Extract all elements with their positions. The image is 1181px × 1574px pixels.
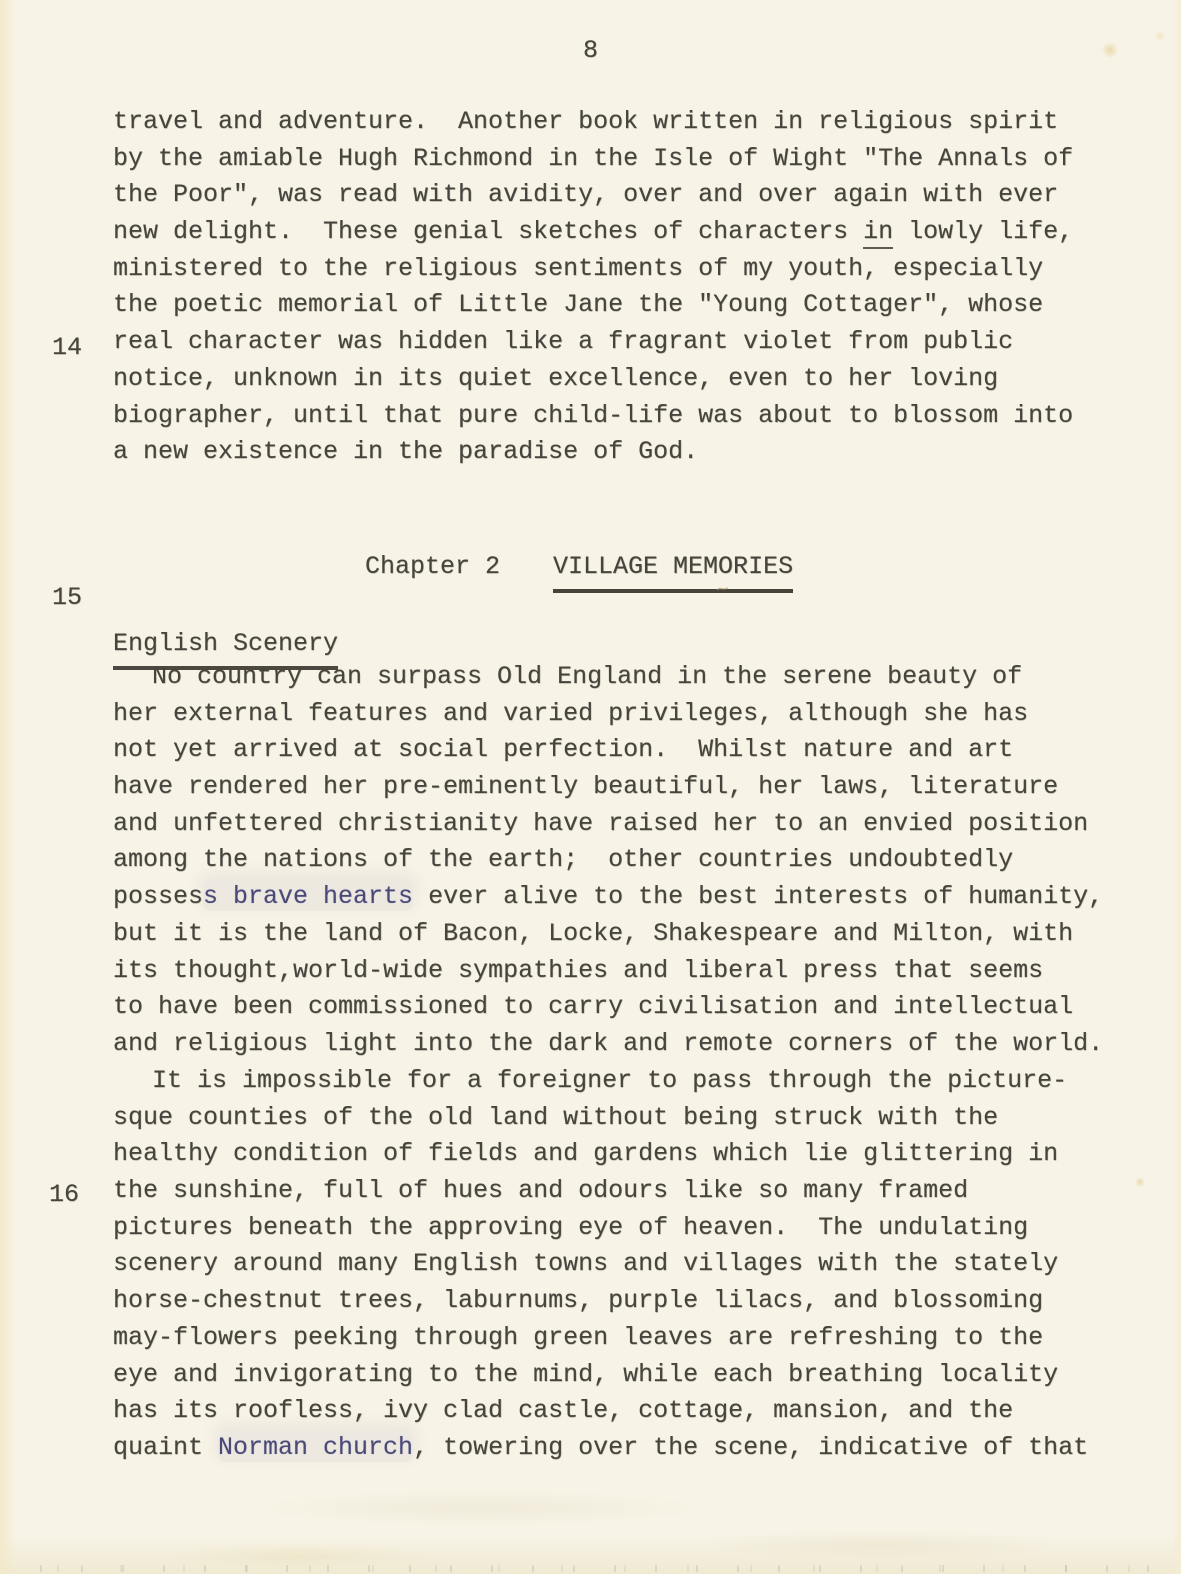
page-number: 8 <box>0 33 1181 70</box>
paragraph-line: It is impossible for a foreigner to pass… <box>113 1063 1088 1100</box>
chapter-label: Chapter 2 <box>365 552 500 581</box>
paragraph-line: horse-chestnut trees, laburnums, purple … <box>113 1283 1088 1320</box>
paragraph-line: the poetic memorial of Little Jane the "… <box>113 287 1073 324</box>
paragraph-line: may-flowers peeking through green leaves… <box>113 1320 1088 1357</box>
line-text: new delight. These genial sketches of ch… <box>113 217 863 246</box>
underlined-word: in <box>863 217 893 249</box>
corrected-text: Norman church <box>218 1433 413 1462</box>
chapter-heading: Chapter 2VILLAGE MEMORIES <box>365 549 793 586</box>
paragraph-line: real character was hidden like a fragran… <box>113 324 1073 361</box>
paragraph-line: not yet arrived at social perfection. Wh… <box>113 732 1103 769</box>
paragraph-line: travel and adventure. Another book writt… <box>113 104 1073 141</box>
paragraph-line: and religious light into the dark and re… <box>113 1026 1103 1063</box>
paragraph-line: pictures beneath the approving eye of he… <box>113 1210 1088 1247</box>
paragraph-line: healthy condition of fields and gardens … <box>113 1136 1088 1173</box>
paragraph-2: No country can surpass Old England in th… <box>113 659 1103 1063</box>
paragraph-line: possess brave hearts ever alive to the b… <box>113 879 1103 916</box>
paragraph-line: the Poor", was read with avidity, over a… <box>113 177 1073 214</box>
paragraph-line: a new existence in the paradise of God. <box>113 434 1073 471</box>
typewritten-manuscript-page: 8 14 15 16 travel and adventure. Another… <box>0 0 1181 1574</box>
line-text: posses <box>113 882 203 911</box>
line-text: ever alive to the best interests of huma… <box>413 882 1103 911</box>
paragraph-1: travel and adventure. Another book writt… <box>113 104 1073 471</box>
paragraph-line: but it is the land of Bacon, Locke, Shak… <box>113 916 1103 953</box>
paragraph-line: by the amiable Hugh Richmond in the Isle… <box>113 141 1073 178</box>
paragraph-line: scenery around many English towns and vi… <box>113 1246 1088 1283</box>
paragraph-line: notice, unknown in its quiet excellence,… <box>113 361 1073 398</box>
section-heading: English Scenery <box>113 626 338 663</box>
scan-noise-band <box>40 1565 1161 1572</box>
chapter-title: VILLAGE MEMORIES <box>553 549 793 593</box>
paragraph-line: among the nations of the earth; other co… <box>113 842 1103 879</box>
paragraph-line: has its roofless, ivy clad castle, cotta… <box>113 1393 1088 1430</box>
margin-note-14: 14 <box>52 330 82 367</box>
corrected-text: s brave hearts <box>203 882 413 911</box>
paragraph-line: and unfettered christianity have raised … <box>113 806 1103 843</box>
line-text: , towering over the scene, indicative of… <box>413 1433 1088 1462</box>
margin-note-15: 15 <box>52 580 82 617</box>
paragraph-line: biographer, until that pure child-life w… <box>113 398 1073 435</box>
paragraph-line: its thought,world-wide sympathies and li… <box>113 953 1103 990</box>
paragraph-line: quaint Norman church, towering over the … <box>113 1430 1088 1467</box>
line-text: quaint <box>113 1433 218 1462</box>
paragraph-line: to have been commissioned to carry civil… <box>113 989 1103 1026</box>
paragraph-line: have rendered her pre-eminently beautifu… <box>113 769 1103 806</box>
paragraph-line: her external features and varied privile… <box>113 696 1103 733</box>
paragraph-line: new delight. These genial sketches of ch… <box>113 214 1073 251</box>
line-text: lowly life, <box>893 217 1073 246</box>
paragraph-line: the sunshine, full of hues and odours li… <box>113 1173 1088 1210</box>
margin-note-16: 16 <box>49 1177 79 1214</box>
paragraph-line: No country can surpass Old England in th… <box>113 659 1103 696</box>
paragraph-line: sque counties of the old land without be… <box>113 1100 1088 1137</box>
paragraph-line: ministered to the religious sentiments o… <box>113 251 1073 288</box>
paragraph-3: It is impossible for a foreigner to pass… <box>113 1063 1088 1467</box>
paragraph-line: eye and invigorating to the mind, while … <box>113 1357 1088 1394</box>
